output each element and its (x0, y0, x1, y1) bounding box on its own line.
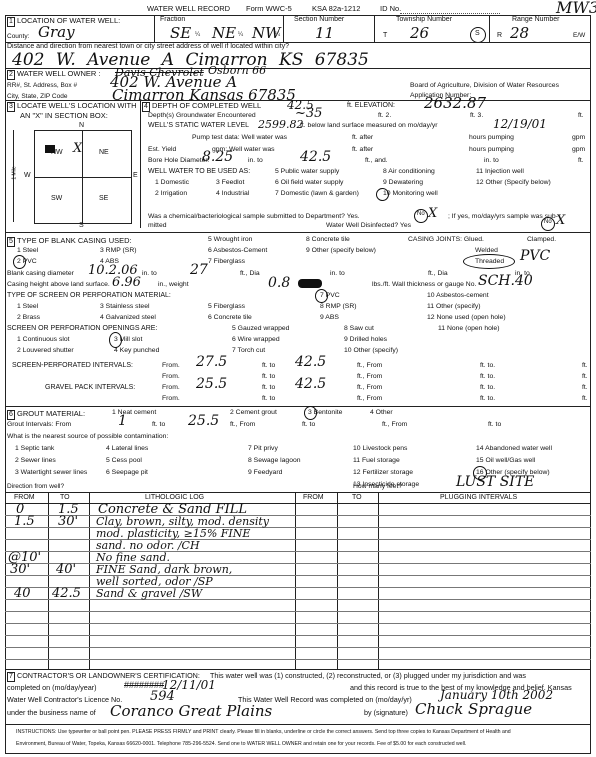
grout-option[interactable]: 4 Other (370, 409, 393, 416)
height-value[interactable]: 6.96 (112, 275, 141, 290)
gw-label-2: ft. 2. (378, 112, 391, 119)
plug-header-from: FROM (303, 494, 324, 501)
quarter-symbol: ¼ (195, 32, 200, 38)
range-dir: E/W (573, 32, 585, 39)
selection-circle (541, 217, 555, 231)
casing-option[interactable]: 6 Asbestos-Cement (208, 247, 267, 254)
contam-option[interactable]: 9 Feedyard (248, 469, 282, 476)
quarter-symbol: ¼ (275, 32, 280, 38)
mile-scale: 1 Mile (12, 166, 18, 179)
form-title: WATER WELL RECORD (147, 4, 230, 13)
contam-option[interactable]: 4 Lateral lines (106, 445, 148, 452)
groundwater-label: Depth(s) Groundwater Encountered (148, 112, 256, 119)
log-cell-from[interactable]: 30' (10, 562, 30, 577)
from-label: From. (162, 384, 180, 391)
ft-from-label: ft., From (357, 373, 382, 380)
grout-ft-from: ft., From (382, 421, 407, 428)
address-label: RR#, St. Address, Box # (7, 82, 77, 89)
joints-label: CASING JOINTS: Glued. (408, 236, 484, 243)
grout-ft-to: ft. to (302, 421, 315, 428)
how-many-label: How many feet? (353, 483, 402, 490)
opening-option[interactable]: 1 Continuous slot (17, 336, 70, 343)
compass-s: S (79, 222, 84, 229)
gauge-value[interactable]: SCH.40 (478, 273, 533, 289)
grout-ft-from: ft., From (230, 421, 255, 428)
section2-label: 2WATER WELL OWNER : (7, 69, 100, 80)
screen-option[interactable]: 5 Fiberglass (208, 303, 245, 310)
grout-intervals-label: Grout Intervals: From (7, 421, 71, 428)
contam-option[interactable]: 3 Watertight sewer lines (15, 469, 87, 476)
use-option[interactable]: 6 Oil field water supply (275, 179, 343, 186)
city-label: City, State, ZIP Code (7, 93, 67, 100)
use-option[interactable]: 12 Other (Specify below) (476, 179, 551, 186)
opening-option[interactable]: 7 Torch cut (232, 347, 265, 354)
use-option[interactable]: 1 Domestic (155, 179, 189, 186)
contam-option[interactable]: 2 Sewer lines (15, 457, 56, 464)
grout-to-value[interactable]: 25.5 (188, 413, 219, 429)
use-option-selected[interactable]: 10 Monitoring well (383, 190, 438, 197)
screen-to-value[interactable]: 42.5 (295, 354, 326, 370)
dia-label-2: ft., Dia (428, 270, 448, 277)
weight-value[interactable]: 0.8 (268, 275, 290, 291)
range-value[interactable]: 28 (510, 24, 529, 42)
screen-option[interactable]: 4 Galvanized steel (100, 314, 156, 321)
use-option[interactable]: 2 Irrigation (155, 190, 187, 197)
ft-to-label: ft. to (262, 384, 275, 391)
selection-circle (109, 332, 122, 348)
fraction-2[interactable]: NE (212, 24, 236, 42)
screen-option[interactable]: 10 Asbestos-cement (427, 292, 489, 299)
county-value[interactable]: Gray (38, 23, 75, 41)
contam-option[interactable]: 1 Septic tank (15, 445, 54, 452)
screen-option[interactable]: 2 Brass (17, 314, 40, 321)
pump-mid: ft. after (352, 134, 373, 141)
contamination-label: What is the nearest source of possible c… (7, 433, 168, 440)
ft-to-label: ft. to. (480, 373, 495, 380)
selection-circle (315, 289, 328, 303)
screen-option[interactable]: 1 Steel (17, 303, 38, 310)
diameter-label: Blank casing diameter (7, 270, 74, 277)
section-box[interactable]: NW NE SW SE X (34, 130, 132, 224)
opening-option[interactable]: 4 Key punched (114, 347, 159, 354)
contam-option[interactable]: 7 Pit privy (248, 445, 278, 452)
opening-option[interactable]: 10 Other (specify) (344, 347, 398, 354)
pump-end: hours pumping (469, 134, 514, 141)
ft-to-label: ft. to. (480, 362, 495, 369)
log-cell-to[interactable]: 30' (58, 514, 78, 529)
use-option[interactable]: 7 Domestic (lawn & garden) (275, 190, 359, 197)
openings-label: SCREEN OR PERFORATION OPENINGS ARE: (7, 325, 157, 332)
range-prefix: R (497, 32, 502, 39)
casing-option[interactable]: 1 Steel (17, 247, 38, 254)
from-label: From. (162, 395, 180, 402)
bore-end: ft., and. (365, 157, 388, 164)
static-suffix: ft. below land surface measured on mo/da… (300, 122, 438, 129)
pump-gpm: gpm (572, 134, 585, 141)
signature-label: by (signature) (364, 708, 408, 717)
log-header-to: TO (60, 494, 70, 501)
quadrant-se: SE (99, 195, 108, 202)
log-header-lithologic: LITHOLOGIC LOG (145, 494, 204, 501)
screen-option[interactable]: 9 ABS (320, 314, 339, 321)
elevation-value[interactable]: 2632.87 (424, 94, 486, 112)
pump-label: Pump test data: Well water was (192, 134, 287, 141)
static-date[interactable]: 12/19/01 (493, 117, 547, 131)
disinfected-question: Water Well Disinfected? Yes (326, 222, 411, 229)
use-option[interactable]: 4 Industrial (216, 190, 249, 197)
range-label: Range Number (512, 16, 559, 23)
ft-from-label: ft., From (357, 384, 382, 391)
elevation-label: ft. ELEVATION: (347, 102, 395, 109)
gravel-to-value[interactable]: 42.5 (295, 376, 326, 392)
bore-to-value[interactable]: 42.5 (300, 149, 331, 165)
opening-option[interactable]: 8 Saw cut (344, 325, 374, 332)
use-label: WELL WATER TO BE USED AS: (148, 168, 250, 175)
bore-to-label: in. to (248, 157, 263, 164)
township-value[interactable]: 26 (410, 24, 429, 42)
opening-option[interactable]: 9 Drilled holes (344, 336, 387, 343)
bore-end2: in. to (484, 157, 499, 164)
quadrant-sw: SW (51, 195, 62, 202)
joints-clamped[interactable]: Clamped. (527, 236, 556, 243)
diameter-to-value[interactable]: 27 (190, 262, 208, 278)
bore-value[interactable]: 8.25 (202, 149, 233, 165)
ft-to-label: ft. to (262, 373, 275, 380)
screen-option[interactable]: 11 Other (specify) (427, 303, 481, 310)
instructions-line-2: Environment, Bureau of Water, Topeka, Ka… (16, 741, 466, 747)
log-cell-from[interactable]: 1.5 (14, 514, 35, 529)
yield-after: ft. after (352, 146, 373, 153)
screen-option[interactable]: 12 None used (open hole) (427, 314, 506, 321)
selection-circle (376, 188, 389, 201)
contam-other-value[interactable]: LUST SITE (456, 474, 534, 490)
log-cell-to[interactable]: 40' (56, 562, 76, 577)
screen-option[interactable]: 6 Concrete tile (208, 314, 252, 321)
diameter-in-to: in. to (142, 270, 157, 277)
selection-circle (414, 209, 428, 223)
grout-ft-to: ft. to (152, 421, 165, 428)
instructions-line-1: INSTRUCTIONS: Use typewriter or ball poi… (16, 729, 511, 735)
opening-option[interactable]: 11 None (open hole) (438, 325, 499, 332)
ft-to-label: ft. to. (480, 395, 495, 402)
quarter-symbol: ¼ (238, 32, 243, 38)
contam-option[interactable]: 6 Seepage pit (106, 469, 148, 476)
log-header-from: FROM (14, 494, 35, 501)
ft-to-label: ft. to. (480, 384, 495, 391)
gravel-from-value[interactable]: 25.5 (196, 376, 227, 392)
scribble-out (298, 279, 322, 288)
direction-label: Direction from well? (7, 483, 64, 490)
location-mark: X (73, 141, 82, 156)
opening-option[interactable]: 2 Louvered shutter (17, 347, 74, 354)
disinfected-x: X (556, 213, 565, 228)
use-option[interactable]: 3 Feedlot (216, 179, 244, 186)
screen-from-value[interactable]: 27.5 (196, 354, 227, 370)
compass-w: W (24, 172, 31, 179)
form-number: Form WWC-5 (246, 4, 292, 13)
opening-option[interactable]: 5 Gauzed wrapped (232, 325, 289, 332)
screen-intervals-label: SCREEN-PERFORATED INTERVALS: (12, 362, 133, 369)
township-prefix: T (383, 32, 387, 39)
gravel-label: GRAVEL PACK INTERVALS: (45, 384, 135, 391)
use-option[interactable]: 5 Public water supply (275, 168, 339, 175)
township-dir-circle (470, 27, 486, 43)
yield-gpm: gpm (572, 146, 585, 153)
ft-label: ft. (582, 373, 588, 380)
selection-circle (304, 406, 317, 420)
section-number-value[interactable]: 11 (315, 24, 334, 42)
screen-option[interactable]: 8 RMP (SR) (320, 303, 357, 310)
dia-in-to: in. to (330, 270, 345, 277)
compass-e: E (133, 172, 138, 179)
sample-question: Was a chemical/bacteriological sample su… (148, 213, 360, 220)
section4-label: 4DEPTH OF COMPLETED WELL (142, 101, 261, 112)
dia-label: ft., Dia (240, 270, 260, 277)
screen-material-label: TYPE OF SCREEN OR PERFORATION MATERIAL: (7, 292, 171, 299)
yield-hours: hours pumping (469, 146, 514, 153)
contam-option[interactable]: 8 Sewage lagoon (248, 457, 301, 464)
selection-circle (463, 254, 515, 269)
plug-header-intervals: PLUGGING INTERVALS (440, 494, 517, 501)
use-option[interactable]: 11 Injection well (476, 168, 524, 175)
fraction-1[interactable]: SE (170, 24, 191, 42)
completed-label: completed on (mo/day/year) (7, 683, 97, 692)
bore-ft: ft. (578, 157, 584, 164)
log-cell-to[interactable]: 42.5 (52, 586, 81, 601)
gw-label-3: ft. 3. (470, 112, 483, 119)
business-value[interactable]: Coranco Great Plains (110, 702, 272, 720)
plug-header-to: TO (352, 494, 362, 501)
ft-label: ft. (582, 395, 588, 402)
section5-label: 5TYPE OF BLANK CASING USED: (7, 236, 132, 247)
contam-option[interactable]: 12 Fertilizer storage (353, 469, 413, 476)
bore-label: Bore Hole Diameter. (148, 157, 209, 164)
opening-option[interactable]: 6 Wire wrapped (232, 336, 280, 343)
board-label: Board of Agriculture, Division of Water … (410, 82, 559, 89)
casing-option[interactable]: 5 Wrought iron (208, 236, 252, 243)
ft-to-label: ft. to (262, 362, 275, 369)
contam-option[interactable]: 5 Cess pool (106, 457, 142, 464)
compass-n: N (79, 122, 84, 129)
fraction-label: Fraction (160, 16, 185, 23)
contam-option[interactable]: 14 Abandoned water well (476, 445, 552, 452)
ft-from-label: ft., From (357, 395, 382, 402)
county-label: County: (7, 33, 29, 40)
township-label: Township Number (396, 16, 452, 23)
from-label: From. (162, 373, 180, 380)
casing-option[interactable]: 9 Other (specify below) (306, 247, 376, 254)
use-option[interactable]: 9 Dewatering (383, 179, 423, 186)
static-level-label: WELL'S STATIC WATER LEVEL (148, 122, 249, 129)
static-level-value[interactable]: 2599.82 (258, 118, 304, 131)
log-cell-desc[interactable]: Sand & gravel /SW (96, 587, 202, 600)
selection-circle (13, 255, 26, 269)
threaded-value[interactable]: PVC (520, 248, 550, 264)
casing-option[interactable]: 3 RMP (SR) (100, 247, 137, 254)
distance-label: Distance and direction from nearest town… (7, 43, 289, 50)
ft-to-label: ft. to (262, 395, 275, 402)
weight-suffix: lbs./ft. Wall thickness or gauge No. (372, 281, 476, 288)
log-cell-from[interactable]: 40 (14, 586, 31, 601)
joints-welded[interactable]: Welded (475, 247, 498, 254)
licence-label: Water Well Contractor's Licence No. (7, 695, 122, 704)
section3-label2: AN "X" IN SECTION BOX: (20, 111, 108, 120)
casing-option[interactable]: 7 Fiberglass (208, 258, 245, 265)
contam-option[interactable]: 15 Oil well/Gas well (476, 457, 535, 464)
use-option[interactable]: 8 Air conditioning (383, 168, 435, 175)
id-label: ID No. (380, 4, 401, 13)
section-number-label: Section Number (294, 16, 344, 23)
ft-label: ft. (582, 384, 588, 391)
grout-ft-to: ft. to (488, 421, 501, 428)
section6-label: 6GROUT MATERIAL: (7, 409, 85, 420)
scribble-mark (45, 145, 55, 153)
ft-label: ft. (582, 362, 588, 369)
from-label: From. (162, 362, 180, 369)
grout-from-value[interactable]: 1 (118, 413, 127, 429)
quadrant-ne: NE (99, 149, 109, 156)
yield-label: Est. Yield (148, 146, 176, 153)
grout-option[interactable]: 2 Cement grout (230, 409, 277, 416)
height-label: Casing height above land surface. (7, 281, 110, 288)
business-label: under the business name of (7, 708, 96, 717)
ft-from-label: ft., From (357, 362, 382, 369)
weight-label: in., weight (158, 281, 189, 288)
casing-option[interactable]: 8 Concrete tile (306, 236, 350, 243)
ksa-reference: KSA 82a-1212 (312, 4, 360, 13)
certification-text: This water well was (1) constructed, (2)… (210, 671, 526, 680)
screen-option[interactable]: 3 Stainless steel (100, 303, 150, 310)
contam-option[interactable]: 10 Livestock pens (353, 445, 407, 452)
sample-x: X (428, 206, 437, 221)
contam-option[interactable]: 11 Fuel storage (353, 457, 400, 464)
sample-mitted: mitted (148, 222, 167, 229)
gw-label-ft: ft. (578, 112, 584, 119)
signature[interactable]: Chuck Sprague (415, 700, 532, 718)
